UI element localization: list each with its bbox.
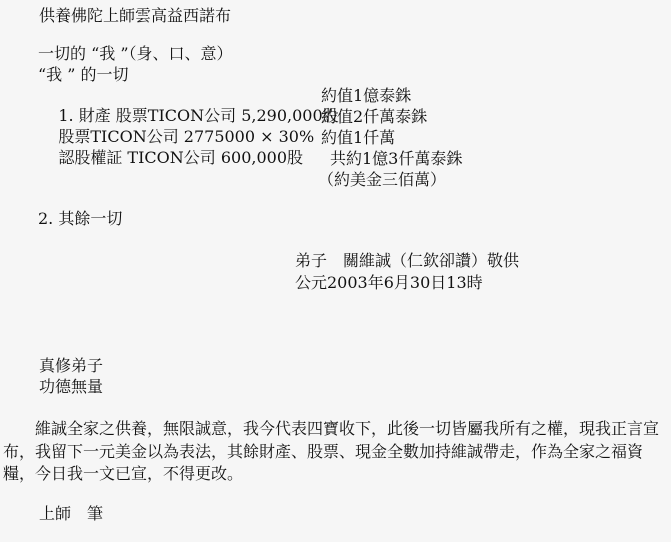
remark-line-2: 功德無量 <box>39 377 103 397</box>
assets-total-usd: （約美金三佰萬） <box>318 170 446 190</box>
asset-value-text: 約值2仟萬泰銖 <box>321 107 427 127</box>
asset-value-text: 約值1仟萬 <box>321 128 395 148</box>
offering-line-2: “我 ” 的一切 <box>38 65 129 85</box>
document-title: 供養佛陀上師雲高益西諾布 <box>39 6 231 26</box>
reply-paragraph-line: 維誠全家之供養，無限誠意，我今代表四寶收下，此後一切皆屬我所有之權，現我正言宣 <box>3 419 671 439</box>
signature-datetime: 公元2003年6月30日13時 <box>295 273 483 293</box>
offering-line-1: 一切的 “我 ”（身、口、意） <box>38 44 233 64</box>
item-2-other: 2. 其餘一切 <box>38 209 122 229</box>
assets-total: 共約1億3仟萬泰銖 <box>330 149 462 169</box>
reply-paragraph-line: 糧，今日我一文已宣，不得更改。 <box>3 464 671 484</box>
remark-line-1: 真修弟子 <box>39 356 103 376</box>
document-page: 供養佛陀上師雲高益西諾布 一切的 “我 ”（身、口、意） “我 ” 的一切 1.… <box>0 0 671 542</box>
master-signature: 上師 筆 <box>39 504 103 524</box>
reply-paragraph-line: 布，我留下一元美金以為表法，其餘財產、股票、現金全數加持維誠帶走，作為全家之福資 <box>3 442 671 462</box>
asset-value-text: 約值1億泰銖 <box>321 86 411 106</box>
disciple-signature: 弟子 關維誠（仁欽卻讚）敬供 <box>295 251 519 271</box>
asset-item-text: 認股權証 TICON公司 600,000股 <box>58 148 303 168</box>
